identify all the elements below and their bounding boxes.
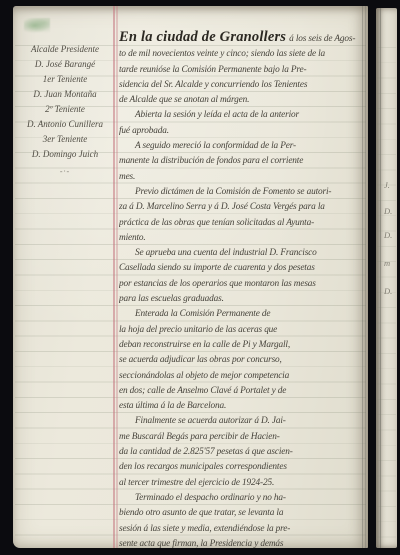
attendee-entry-label: 2º Teniente [43,102,87,117]
attendee-entry: D. Domingo Juich [19,147,111,162]
attendee-entry: Alcalde Presidente [19,42,111,57]
attendees-list: Alcalde Presidente D. José Barangé 1er T… [19,42,111,162]
manuscript-line: biendo otro asunto de que tratar, se lev… [119,506,365,521]
opening-heading: En la ciudad de Granollers [119,30,286,45]
manuscript-line: za á D. Marcelino Serra y á D. José Cost… [119,200,365,215]
attendee-entry: D. José Barangé [19,57,111,72]
manuscript-line: esta última á la de Barcelona. [119,399,365,414]
manuscript-line: en dos; calle de Anselmo Clavé á Portale… [119,384,365,399]
manuscript-line: deban reconstruirse en la calle de Pi y … [119,338,365,353]
attendee-entry-label: D. José Barangé [33,57,97,72]
opening-heading-continuation: á los seis de Agos- [289,34,355,44]
right-edge-rule-line-inner [365,6,366,548]
manuscript-line: fué aprobada. [119,124,365,139]
attendee-entry: D. Antonio Cunillera [19,117,111,132]
adjacent-page-ruled-lines [377,47,396,545]
manuscript-line: Casellada siendo su importe de cuarenta … [119,261,365,276]
attendee-entry: 2º Teniente [19,102,111,117]
attendee-entry-label: Alcalde Presidente [29,42,101,57]
minutes-body: En la ciudad de Granollersá los seis de … [119,30,365,552]
manuscript-line: den los recargos municipales correspondi… [119,460,365,475]
manuscript-page: Alcalde Presidente D. José Barangé 1er T… [13,6,368,548]
margin-rule-line [113,6,115,548]
adjacent-page-edge: J.D.D.mD. [376,8,397,548]
attendee-entry-label: D. Domingo Juich [30,147,100,162]
manuscript-line: Terminado el despacho ordinario y no ha- [119,491,365,506]
attendee-entry-label: D. Antonio Cunillera [25,117,105,132]
manuscript-line: to de mil novecientos veinte y cinco; si… [119,47,365,62]
adjacent-page-text-fragment: D. [384,206,392,216]
margin-flourish: -·- [19,164,111,179]
manuscript-line: A seguido mereció la conformidad de la P… [119,139,365,154]
manuscript-line: sente acta que firman, la Presidencia y … [119,537,365,552]
manuscript-line: tarde reunióse la Comisión Permanente ba… [119,63,365,78]
attendee-entry-label: D. Juan Montaña [31,87,98,102]
manuscript-line: sidencia del Sr. Alcalde y concurriendo … [119,78,365,93]
adjacent-page-text-fragment: m [384,258,390,268]
manuscript-line: sesión á las siete y media, extendiéndos… [119,522,365,537]
attendee-entry: 3er Teniente [19,132,111,147]
margin-rule-line-inner [116,6,117,548]
adjacent-page-text-fragment: D. [384,286,392,296]
manuscript-line: para las escuelas graduadas. [119,292,365,307]
attendee-entry-label: 1er Teniente [41,72,89,87]
manuscript-line: se acuerda adjudicar las obras por concu… [119,353,365,368]
opening-line: En la ciudad de Granollersá los seis de … [119,30,365,47]
attendee-entry: 1er Teniente [19,72,111,87]
manuscript-line: práctica de las obras que tenían solicit… [119,216,365,231]
archive-stamp-mark [24,18,50,33]
adjacent-page-text-fragment: D. [384,230,392,240]
manuscript-line: me Buscarál Begás para percibir de Hacie… [119,430,365,445]
manuscript-line: mes. [119,170,365,185]
manuscript-line: por estancias de los operarios que monta… [119,277,365,292]
attendee-entry: D. Juan Montaña [19,87,111,102]
manuscript-line: Se aprueba una cuenta del industrial D. … [119,246,365,261]
manuscript-line: da la cantidad de 2.825'57 pesetas á que… [119,445,365,460]
manuscript-line: la hoja del precio unitario de las acera… [119,323,365,338]
manuscript-line: Abierta la sesión y leída el acta de la … [119,108,365,123]
minutes-lines: to de mil novecientos veinte y cinco; si… [119,47,365,552]
manuscript-line: miento. [119,231,365,246]
manuscript-line: al tercer trimestre del ejercicio de 192… [119,476,365,491]
manuscript-line: Previo dictámen de la Comisión de Foment… [119,185,365,200]
attendee-entry-label: 3er Teniente [41,132,89,147]
manuscript-line: seccionándolas al objeto de mejor compet… [119,369,365,384]
manuscript-line: Finalmente se acuerda autorizar á D. Jai… [119,414,365,429]
attendees-margin-column: Alcalde Presidente D. José Barangé 1er T… [19,42,111,179]
manuscript-line: de Alcalde que se anotan al márgen. [119,93,365,108]
manuscript-line: manente la distribución de fondos para e… [119,154,365,169]
manuscript-line: Enterada la Comisión Permanente de [119,307,365,322]
adjacent-page-text-fragment: J. [384,180,390,190]
